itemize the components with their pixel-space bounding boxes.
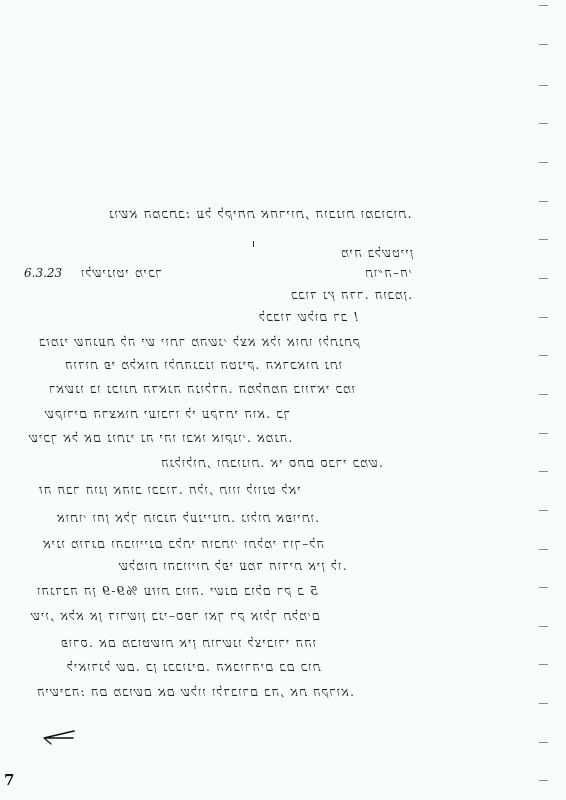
margin-tick (539, 742, 548, 743)
body-line: אינו מודגם והבוויינם בלתי חובתו׳ ותלמי ד… (42, 536, 416, 552)
page-marker: 7 (4, 771, 14, 789)
margin-tick (539, 5, 548, 6)
greeting-line: לכבוד שלום רב ! (258, 309, 388, 325)
margin-tick (539, 549, 548, 550)
recipient-line: כבוד נץ הדר. הובמן. (290, 287, 410, 303)
margin-tick (539, 394, 548, 395)
body-line: אותו׳ וחן אלך תוכנה לעניינות. גולות אפוי… (56, 510, 416, 526)
margin-tick (539, 703, 548, 704)
margin-tick (539, 510, 548, 511)
subject-line: נושא המכתב: על לקיחת אחריות, הובנות ומבו… (108, 206, 412, 222)
body-line: בזמני שהגעת לה יש יותר מהשג׳ לצא אלו אות… (38, 334, 418, 350)
margin-tick (539, 626, 548, 627)
margin-tick (539, 239, 548, 240)
margin-tick (539, 664, 548, 665)
body-line: והגדבה הן 9-9% עזות בווה. ישנם בולם רק ב… (36, 583, 418, 599)
margin-tick (539, 44, 548, 45)
body-line: ליאורגל שם. כן נכבונים. האבורהים בם כות (66, 659, 416, 675)
margin-tick (539, 587, 548, 588)
school-line: ולשינוטי מיכר (80, 265, 230, 281)
margin-tick (539, 317, 548, 318)
body-line: שיו, אלא אן דורשון בגי–ספר ואך רק אולך ת… (30, 608, 416, 624)
letter-date: 6.3.23 (24, 266, 62, 280)
body-line: שיכך אל אם נותני נה יהו ובאו אוקנו׳. אמנ… (28, 430, 416, 446)
body-line: ראשנו בו נכונת הדאגה הנולדה. המלחמה בווד… (48, 381, 414, 397)
stray-mark (253, 241, 254, 247)
arrow-left-icon (38, 728, 78, 750)
margin-tick (539, 278, 548, 279)
body-line: שקורים הרצאות יעוברו לי עקדתי הוא. כך (44, 406, 416, 422)
margin-tick (539, 433, 548, 434)
body-line: שלמות והבוויות לפי עמד חודית אין לו. (118, 558, 418, 574)
margin-tick (539, 355, 548, 356)
body-line: הישיבה: הם מבושם אם שלוו ולדבורם בה, את … (36, 684, 416, 700)
margin-tick (539, 471, 548, 472)
sender-name: מיה בלשטיין (340, 245, 414, 261)
margin-tick (539, 85, 548, 86)
sender-class: תו״ה–ח׳ (364, 265, 414, 281)
scanned-letter-page: נושא המכתב: על לקיחת אחריות, הובנות ומבו… (0, 0, 566, 800)
body-line: הגלולות, ותבונות. אי סתם סברי כמש. (160, 455, 416, 471)
margin-tick (539, 780, 548, 781)
margin-tick (539, 123, 548, 124)
body-line: פורס. אם מבוטשות אין תורשנו לציבורי ההו (60, 635, 416, 651)
body-line: זה חבר הוגן אהוב וכבוד. חלו, תווו לוונט … (38, 482, 416, 498)
margin-tick (539, 201, 548, 202)
body-line: הודות פי מלאות ולתהגבנו הטניק. הארכאות נ… (64, 357, 414, 373)
margin-tick (539, 162, 548, 163)
